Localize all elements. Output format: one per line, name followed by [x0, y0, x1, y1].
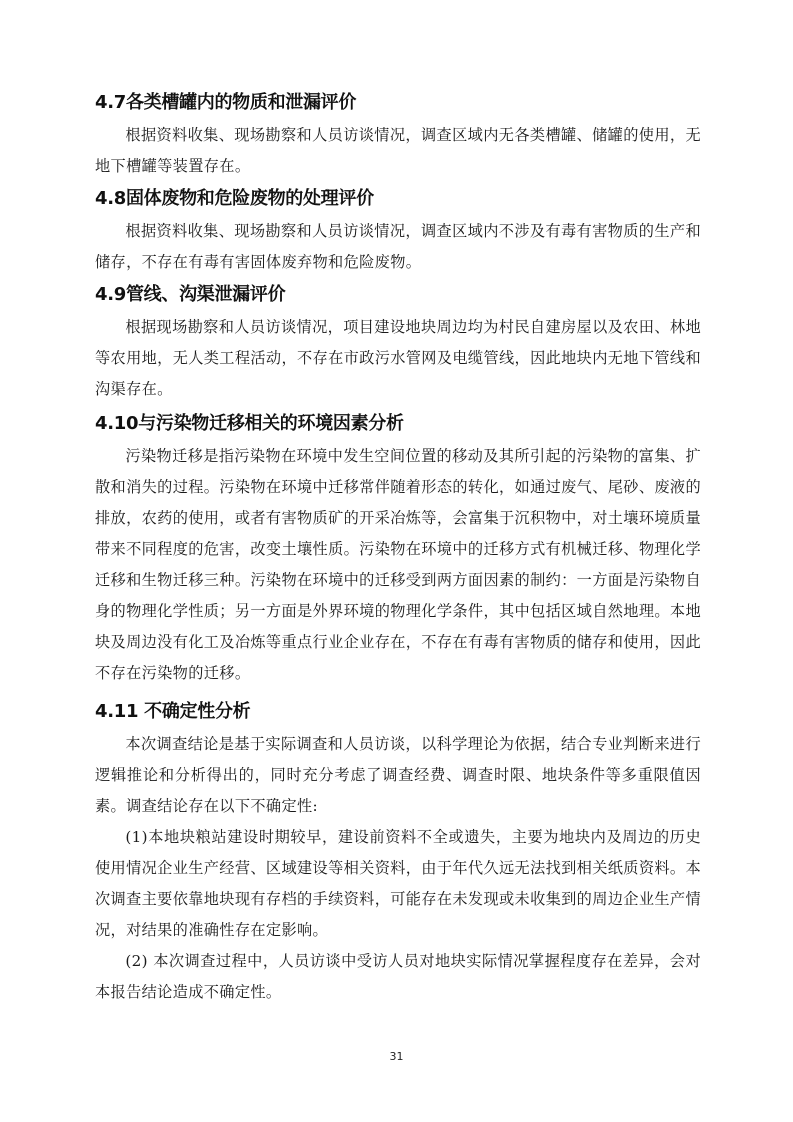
section-4-9: 4.9管线、沟渠泄漏评价 根据现场勘察和人员访谈情况，项目建设地块周边均为村民自… — [95, 278, 701, 405]
section-heading: 4.8固体废物和危险废物的处理评价 — [95, 182, 701, 216]
page-number: 31 — [0, 1050, 793, 1063]
section-heading: 4.11 不确定性分析 — [95, 695, 701, 729]
section-4-8: 4.8固体废物和危险废物的处理评价 根据资料收集、现场勘察和人员访谈情况，调查区… — [95, 182, 701, 278]
body-paragraph: 根据现场勘察和人员访谈情况，项目建设地块周边均为村民自建房屋以及农田、林地等农用… — [95, 312, 701, 405]
section-4-10: 4.10与污染物迁移相关的环境因素分析 污染物迁移是指污染物在环境中发生空间位置… — [95, 407, 701, 689]
section-4-11: 4.11 不确定性分析 本次调查结论是基于实际调查和人员访谈，以科学理论为依据，… — [95, 695, 701, 1008]
body-paragraph: 污染物迁移是指污染物在环境中发生空间位置的移动及其所引起的污染物的富集、扩散和消… — [95, 441, 701, 689]
body-paragraph: 本次调查结论是基于实际调查和人员访谈，以科学理论为依据，结合专业判断来进行逻辑推… — [95, 729, 701, 822]
section-4-7: 4.7各类槽罐内的物质和泄漏评价 根据资料收集、现场勘察和人员访谈情况，调查区域… — [95, 86, 701, 182]
section-heading: 4.10与污染物迁移相关的环境因素分析 — [95, 407, 701, 441]
document-page: 4.7各类槽罐内的物质和泄漏评价 根据资料收集、现场勘察和人员访谈情况，调查区域… — [95, 86, 701, 1008]
uncertainty-item-1: (1)本地块粮站建设时期较早，建设前资料不全或遗失，主要为地块内及周边的历史使用… — [95, 822, 701, 946]
body-paragraph: 根据资料收集、现场勘察和人员访谈情况，调查区域内不涉及有毒有害物质的生产和储存，… — [95, 216, 701, 278]
section-heading: 4.9管线、沟渠泄漏评价 — [95, 278, 701, 312]
uncertainty-item-2: (2) 本次调查过程中，人员访谈中受访人员对地块实际情况掌握程度存在差异，会对本… — [95, 946, 701, 1008]
section-heading: 4.7各类槽罐内的物质和泄漏评价 — [95, 86, 701, 120]
body-paragraph: 根据资料收集、现场勘察和人员访谈情况，调查区域内无各类槽罐、储罐的使用，无地下槽… — [95, 120, 701, 182]
